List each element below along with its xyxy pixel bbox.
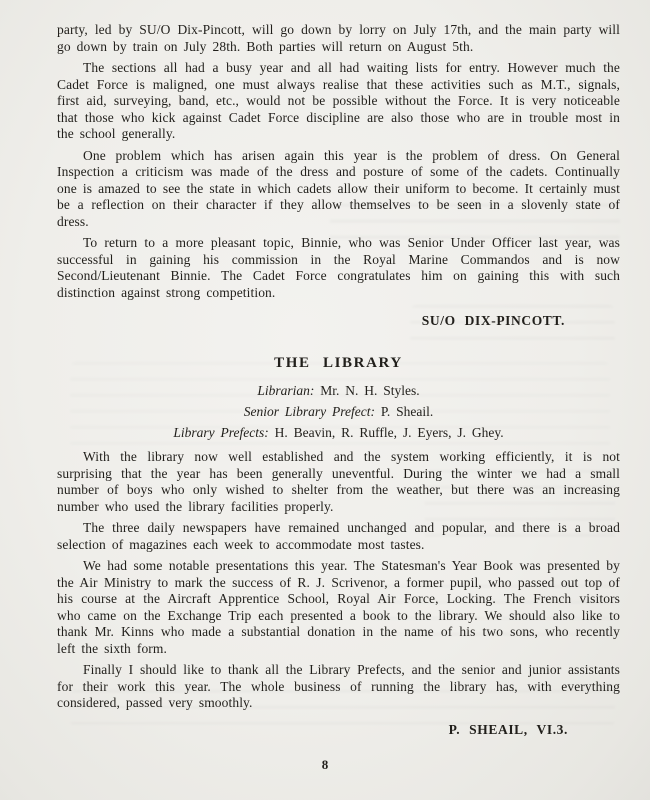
staff-name: P. Sheail. (381, 404, 433, 419)
staff-line-senior-prefect: Senior Library Prefect: P. Sheail. (57, 401, 620, 422)
page-number: 8 (0, 757, 650, 773)
cadet-paragraph-2: The sections all had a busy year and all… (57, 60, 620, 143)
signature-dix-pincott: SU/O DIX-PINCOTT. (57, 313, 565, 329)
staff-role-label: Senior Library Prefect: (244, 404, 375, 419)
staff-line-prefects: Library Prefects: H. Beavin, R. Ruffle, … (57, 422, 620, 443)
scanned-document-page: party, led by SU/O Dix-Pincott, will go … (0, 0, 650, 800)
library-paragraph-3: We had some notable presentations this y… (57, 558, 620, 657)
staff-name: H. Beavin, R. Ruffle, J. Eyers, J. Ghey. (275, 425, 504, 440)
staff-name: Mr. N. H. Styles. (320, 383, 419, 398)
library-paragraph-4: Finally I should like to thank all the L… (57, 662, 620, 712)
cadet-paragraph-4: To return to a more pleasant topic, Binn… (57, 235, 620, 301)
staff-role-label: Library Prefects: (173, 425, 268, 440)
signature-sheail: P. SHEAIL, VI.3. (57, 722, 568, 738)
cadet-paragraph-3: One problem which has arisen again this … (57, 148, 620, 231)
library-paragraph-2: The three daily newspapers have remained… (57, 520, 620, 553)
staff-line-librarian: Librarian: Mr. N. H. Styles. (57, 380, 620, 401)
library-staff-list: Librarian: Mr. N. H. Styles. Senior Libr… (57, 380, 620, 443)
library-paragraph-1: With the library now well established an… (57, 449, 620, 515)
cadet-paragraph-1: party, led by SU/O Dix-Pincott, will go … (57, 22, 620, 55)
library-section-title: THE LIBRARY (57, 355, 620, 372)
staff-role-label: Librarian: (257, 383, 314, 398)
page-content: party, led by SU/O Dix-Pincott, will go … (57, 22, 620, 738)
